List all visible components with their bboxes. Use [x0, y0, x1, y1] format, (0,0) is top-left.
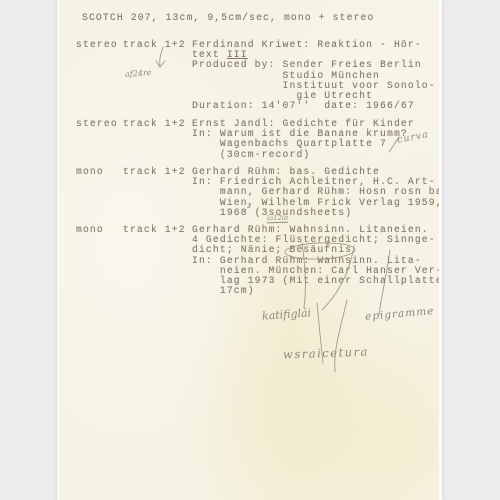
channel-label: mono — [76, 225, 104, 235]
track-label: track 1+2 — [123, 119, 186, 129]
track-label: track 1+2 — [123, 225, 186, 235]
tape-format-header: SCOTCH 207, 13cm, 9,5cm/sec, mono + ster… — [82, 13, 374, 23]
handwritten-note-la12ia: la12ia — [267, 214, 288, 224]
channel-label: stereo — [76, 40, 118, 50]
handwritten-note-wsraicetura: wsraicetura — [283, 345, 369, 362]
tape-index-card: SCOTCH 207, 13cm, 9,5cm/sec, mono + ster… — [57, 0, 442, 500]
entry-description: Gerhard Rühm: Wahnsinn. Litaneien.4 Gedi… — [192, 225, 442, 296]
channel-label: stereo — [76, 119, 118, 129]
entry-description: Gerhard Rühm: bas. GedichteIn: Friedrich… — [192, 167, 442, 218]
typed-line: Duration: 14'07'' date: 1966/67 — [192, 101, 442, 111]
handwritten-note-af24re: af24re — [125, 68, 152, 79]
typed-line: (30cm-record) — [192, 150, 442, 160]
typed-line: 17cm) — [192, 286, 442, 296]
down-arrow-head — [156, 61, 165, 67]
handwritten-note-epigramme: epigramme — [365, 305, 435, 323]
track-label: track 1+2 — [123, 167, 186, 177]
pencil-stroke-5 — [335, 300, 347, 372]
handwritten-superscript: 2 — [247, 202, 251, 210]
track-label: track 1+2 — [123, 40, 186, 50]
typed-line: 1968 (3soundsheets) — [192, 208, 442, 218]
channel-label: mono — [76, 167, 104, 177]
entry-description: Ferdinand Kriwet: Reaktion - Hör-text II… — [192, 40, 442, 111]
handwritten-note-katifiglai: katifiglái — [262, 306, 312, 322]
